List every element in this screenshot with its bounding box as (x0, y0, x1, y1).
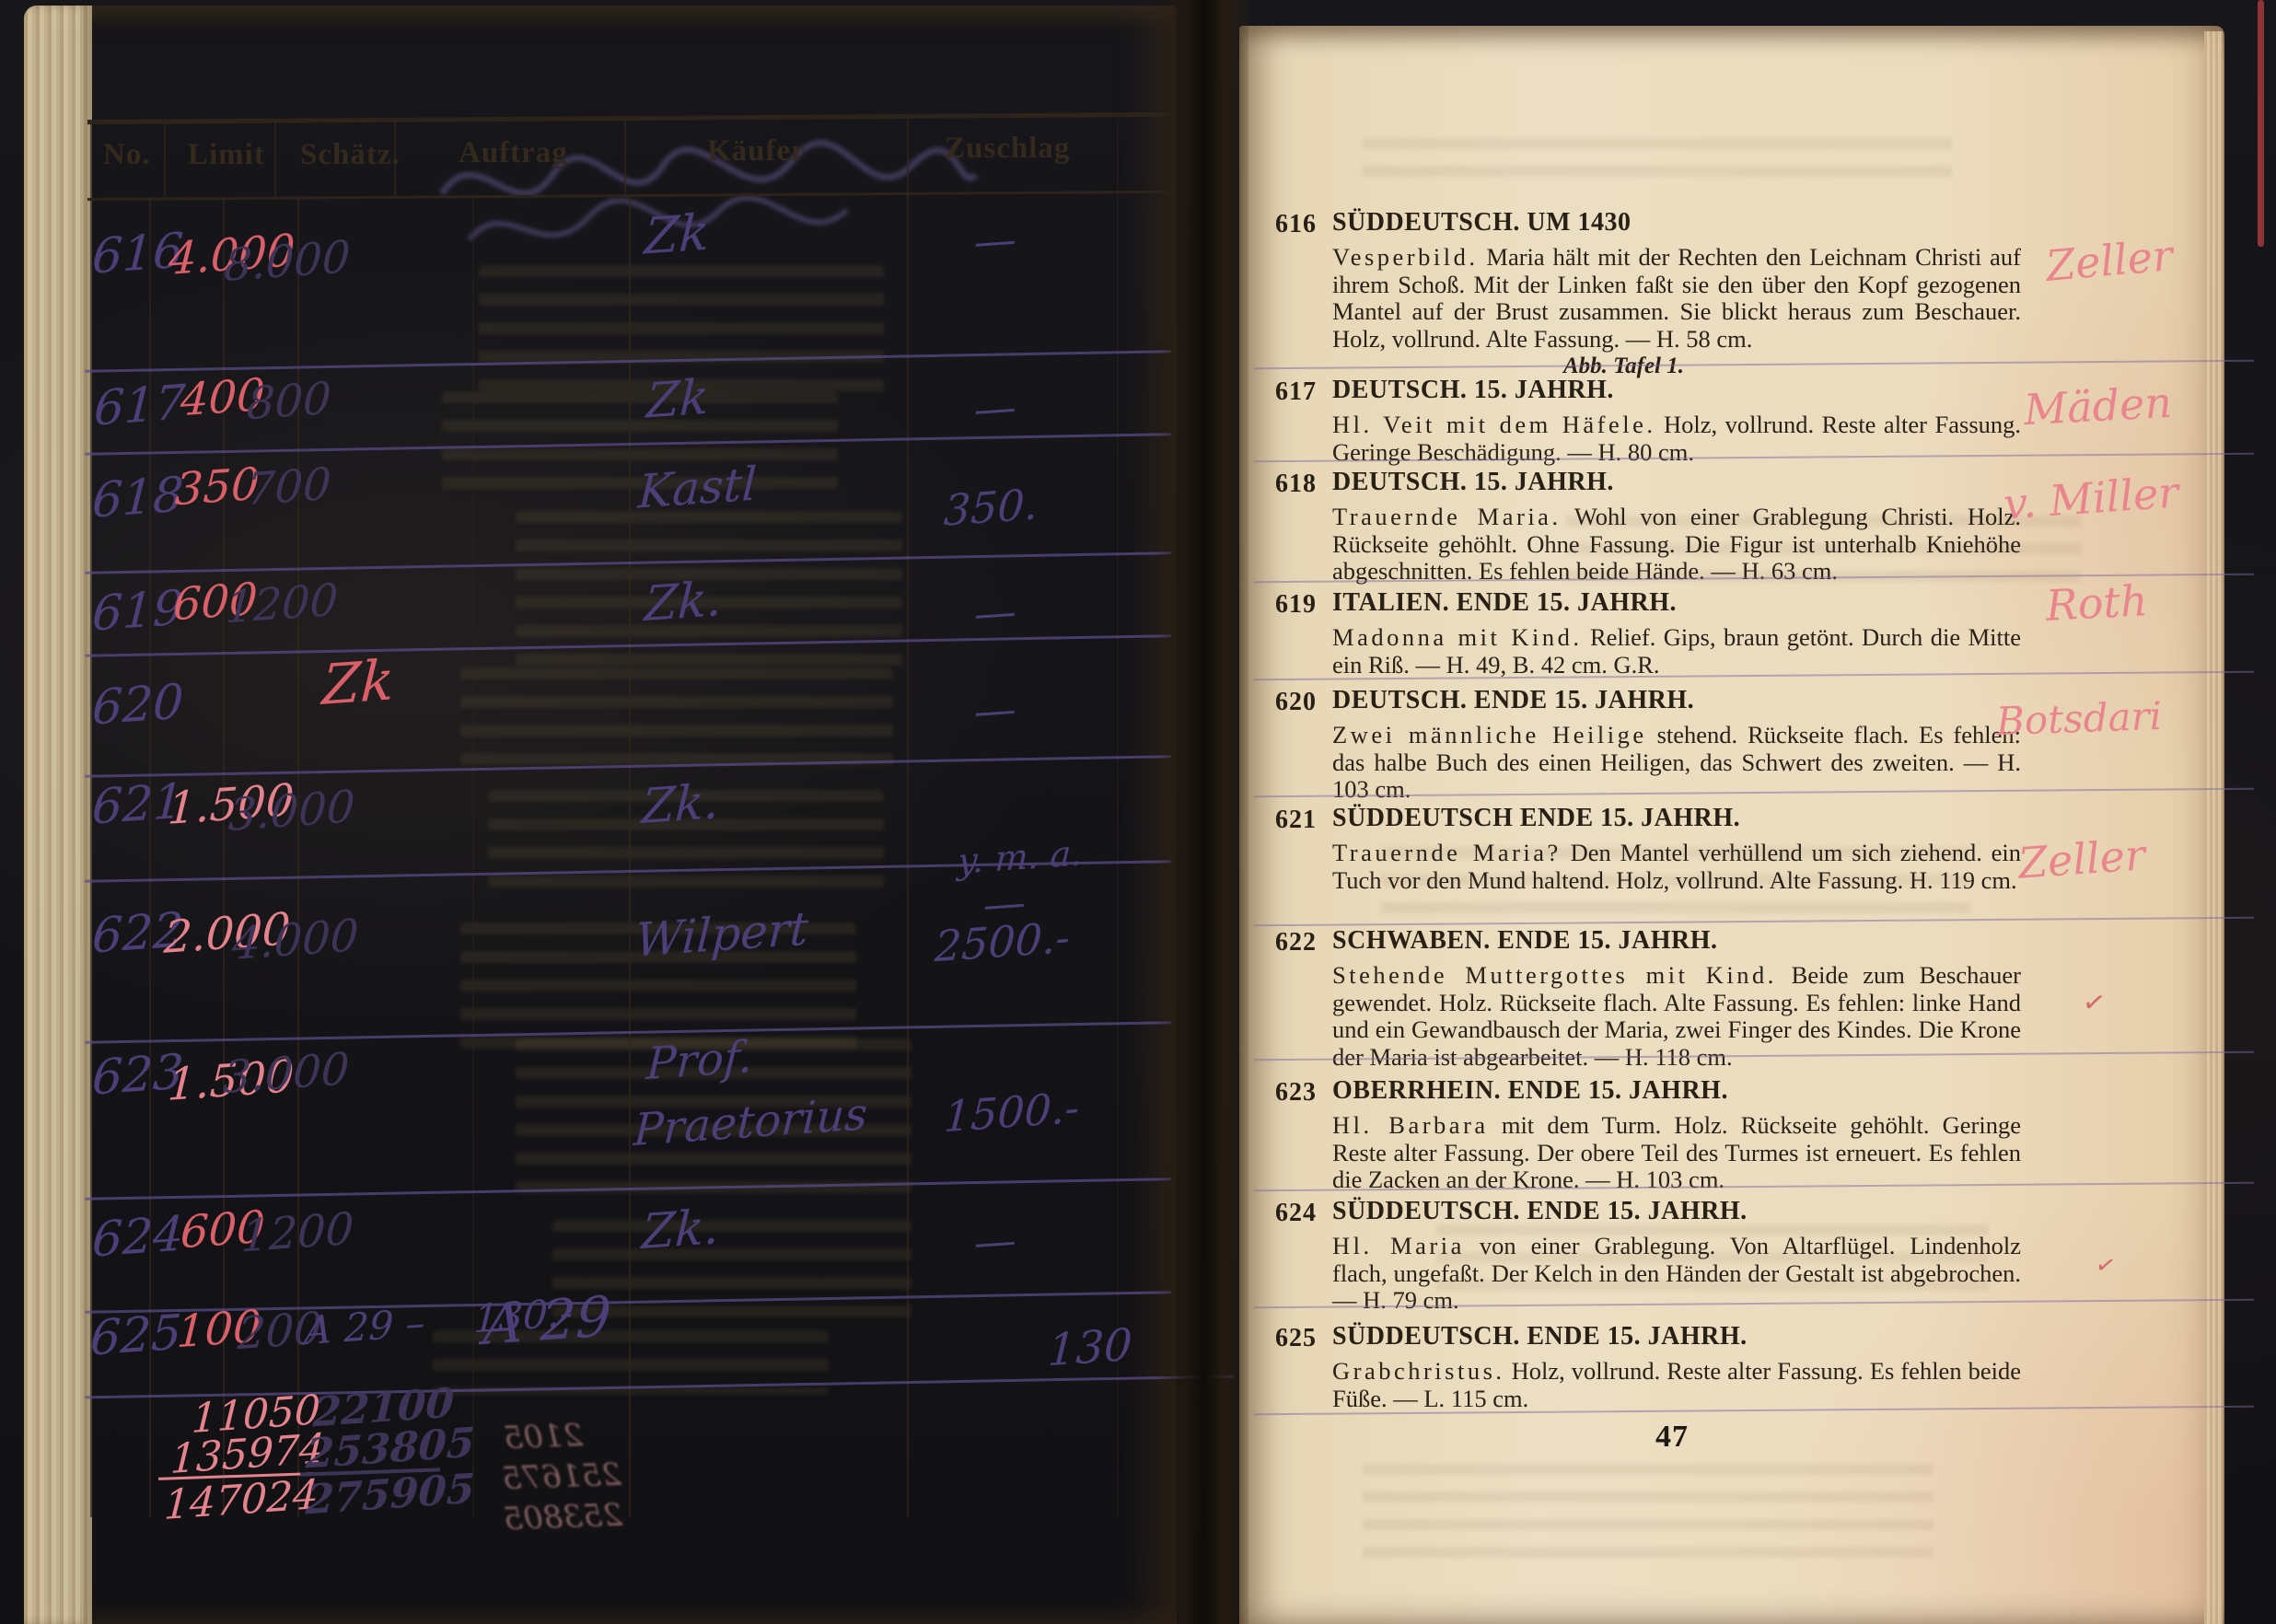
table-top-rule (87, 112, 1172, 124)
column-line (164, 120, 166, 197)
lot-description: Vesperbild. Maria hält mit der Rechten d… (1332, 244, 2021, 353)
column-line (1117, 120, 1119, 197)
column-header-zuschlag: Zuschlag (945, 132, 1070, 166)
catalog-entry-622: 622 SCHWABEN. ENDE 15. JAHRH. Stehende M… (1275, 926, 2023, 1071)
catalog-entry-619: 619 ITALIEN. ENDE 15. JAHRH. Madonna mit… (1275, 588, 2023, 679)
margin-check-mark-622: ✓ (2080, 985, 2108, 1021)
lot-description: Trauernde Maria? Den Mantel verhüllend u… (1332, 840, 2021, 894)
red-dyed-book-edge (2258, 0, 2264, 247)
lot-number-cell: 619 (91, 584, 185, 638)
column-header-no: No. (103, 138, 151, 172)
catalog-entry-621: 621 SÜDDEUTSCH ENDE 15. JAHRH. Trauernde… (1275, 804, 2023, 894)
lot-description: Hl. Veit mit dem Häfele. Holz, vollrund.… (1332, 412, 2021, 466)
catalog-entry-623: 623 OBERRHEIN. ENDE 15. JAHRH. Hl. Barba… (1275, 1076, 2023, 1194)
lot-description: Grabchristus. Holz, vollrund. Reste alte… (1332, 1358, 2021, 1412)
margin-buyer-name-620: Botsdari (1995, 693, 2163, 744)
bleedthrough-text (1363, 1464, 1933, 1565)
margin-check-mark-624: ✓ (2093, 1250, 2119, 1282)
catalog-entry-617: 617 DEUTSCH. 15. JAHRH. Hl. Veit mit dem… (1275, 376, 2023, 466)
column-header-limit: Limit (188, 138, 265, 172)
row-separator (85, 433, 1171, 456)
estimate-cell: 800 (246, 377, 332, 427)
lot-heading: ITALIEN. ENDE 15. JAHRH. (1332, 588, 2023, 618)
lot-number-cell: 620 (91, 678, 185, 732)
catalog-entry-618: 618 DEUTSCH. 15. JAHRH. Trauernde Maria.… (1275, 468, 2023, 586)
margin-buyer-name-616: Zeller (2044, 230, 2175, 291)
lot-heading: DEUTSCH. 15. JAHRH. (1332, 376, 2023, 405)
lot-heading: SÜDDEUTSCH. UM 1430 (1332, 208, 2023, 238)
row-separator (85, 1177, 1171, 1201)
lot-number: 624 (1275, 1199, 1317, 1228)
hammer-price-cell: — (973, 589, 1017, 634)
estimate-grand-total: 275905 (305, 1468, 476, 1521)
lot-number-cell: 624 (91, 1210, 185, 1264)
catalog-entry-624: 624 SÜDDEUTSCH. ENDE 15. JAHRH. Hl. Mari… (1275, 1197, 2023, 1315)
page-stack-edge-left (24, 6, 92, 1624)
margin-buyer-name-618: v. Miller (2002, 467, 2180, 528)
estimate-cell: 3.000 (227, 784, 356, 838)
row-separator (85, 551, 1171, 574)
hammer-price-cell: 350. (943, 482, 1039, 531)
page-number: 47 (1655, 1420, 1689, 1455)
lot-heading: DEUTSCH. 15. JAHRH. (1332, 468, 2023, 497)
hammer-price-cell: — (973, 217, 1017, 262)
column-line (907, 197, 909, 1517)
hammer-price-cell: — (973, 1218, 1017, 1263)
column-line (907, 120, 909, 197)
margin-buyer-name-621: Zeller (2016, 829, 2146, 887)
buyer-cell: Zk (645, 373, 710, 425)
buyer-cell-line2: Praetorius (633, 1092, 868, 1153)
lot-number: 622 (1275, 928, 1317, 957)
bleedthrough-numbers: 2105 251675 253805 (500, 1414, 623, 1539)
column-header-schaetz: Schätz. (300, 138, 401, 172)
buyer-cell: Zk. (644, 575, 724, 629)
estimate-cell: 1200 (225, 578, 339, 631)
lot-heading: SCHWABEN. ENDE 15. JAHRH. (1332, 926, 2023, 956)
lot-heading: SÜDDEUTSCH. ENDE 15. JAHRH. (1332, 1322, 2023, 1351)
lot-number-cell: 617 (93, 378, 187, 433)
hammer-price-note: y. m. a. (957, 835, 1083, 879)
column-line (624, 120, 626, 197)
estimate-cell: 700 (246, 462, 332, 513)
lot-description: Trauernde Maria. Wohl von einer Grablegu… (1332, 504, 2021, 586)
hammer-price-cell: 1500.- (943, 1086, 1080, 1139)
table-header-rule (87, 191, 1172, 201)
lot-description: Hl. Maria von einer Grablegung. Von Alta… (1332, 1233, 2021, 1315)
entry-separator (1254, 917, 2254, 927)
estimate-cell: 1200 (240, 1207, 354, 1259)
hammer-price-cell: — (973, 687, 1017, 732)
column-line (274, 120, 276, 197)
hammer-price-cell: 2500.- (934, 916, 1071, 969)
estimate-cell: 4.000 (231, 913, 360, 967)
catalog-entry-625: 625 SÜDDEUTSCH. ENDE 15. JAHRH. Grabchri… (1275, 1322, 2023, 1412)
buyer-cell: A 29 (482, 1289, 613, 1353)
buyer-cell: Zk (644, 207, 711, 261)
hammer-price-cell: — (973, 385, 1017, 430)
lot-number: 616 (1275, 210, 1317, 239)
margin-buyer-name-619: Roth (2045, 575, 2149, 631)
buyer-cell: Wilpert (634, 905, 809, 963)
buyer-cell: Zk. (641, 778, 721, 831)
buyer-cell: Zk. (641, 1203, 721, 1257)
limit-grand-total: 147024 (163, 1475, 319, 1526)
lot-number: 620 (1275, 688, 1317, 717)
buyer-cell-line1: Prof. (645, 1035, 754, 1086)
lot-number: 623 (1275, 1078, 1317, 1108)
lot-description: Hl. Barbara mit dem Turm. Holz. Rückseit… (1332, 1112, 2021, 1194)
lot-number: 617 (1275, 377, 1317, 407)
lot-description: Zwei männliche Heilige stehend. Rückseit… (1332, 722, 2021, 804)
column-line (629, 197, 631, 1517)
hammer-price-cell: 130 (1047, 1323, 1133, 1374)
row-separator (85, 634, 1171, 657)
column-header-auftrag: Auftrag (459, 136, 568, 170)
auction-catalog-book-scan: No. Limit Schätz. Auftrag Käufer Zuschla… (0, 0, 2276, 1624)
lot-heading: OBERRHEIN. ENDE 15. JAHRH. (1332, 1076, 2023, 1106)
row-separator (85, 755, 1171, 778)
bleedthrough-text (1363, 138, 1952, 193)
bleedthrough-text (460, 667, 893, 769)
lot-number: 625 (1275, 1324, 1317, 1353)
margin-buyer-name-617: Mäden (2023, 377, 2173, 435)
column-line (90, 120, 92, 197)
lot-description: Stehende Muttergottes mit Kind. Beide zu… (1332, 962, 2021, 1071)
lot-number: 621 (1275, 806, 1317, 835)
page-stack-edge-right (2204, 31, 2223, 1624)
lot-heading: SÜDDEUTSCH ENDE 15. JAHRH. (1332, 804, 2023, 833)
order-cell: Zk (321, 653, 396, 713)
catalog-entry-616: 616 SÜDDEUTSCH. UM 1430 Vesperbild. Mari… (1275, 208, 2023, 392)
lot-number-cell: 618 (91, 470, 185, 525)
catalog-entry-620: 620 DEUTSCH. ENDE 15. JAHRH. Zwei männli… (1275, 686, 2023, 804)
lot-heading: DEUTSCH. ENDE 15. JAHRH. (1332, 686, 2023, 715)
estimate-cell: 8.000 (223, 235, 352, 288)
estimate-cell: 3.000 (222, 1047, 351, 1100)
lot-number-cell: 625 (89, 1308, 183, 1363)
lot-number: 619 (1275, 590, 1317, 620)
book-binding-gap (1156, 0, 1248, 1624)
lot-heading: SÜDDEUTSCH. ENDE 15. JAHRH. (1332, 1197, 2023, 1226)
lot-number: 618 (1275, 470, 1317, 499)
buyer-cell: Kastl (637, 460, 758, 515)
row-separator (85, 1021, 1171, 1044)
column-header-kaeufer: Käufer (707, 134, 806, 168)
lot-description: Madonna mit Kind. Relief. Gips, braun ge… (1332, 624, 2021, 679)
